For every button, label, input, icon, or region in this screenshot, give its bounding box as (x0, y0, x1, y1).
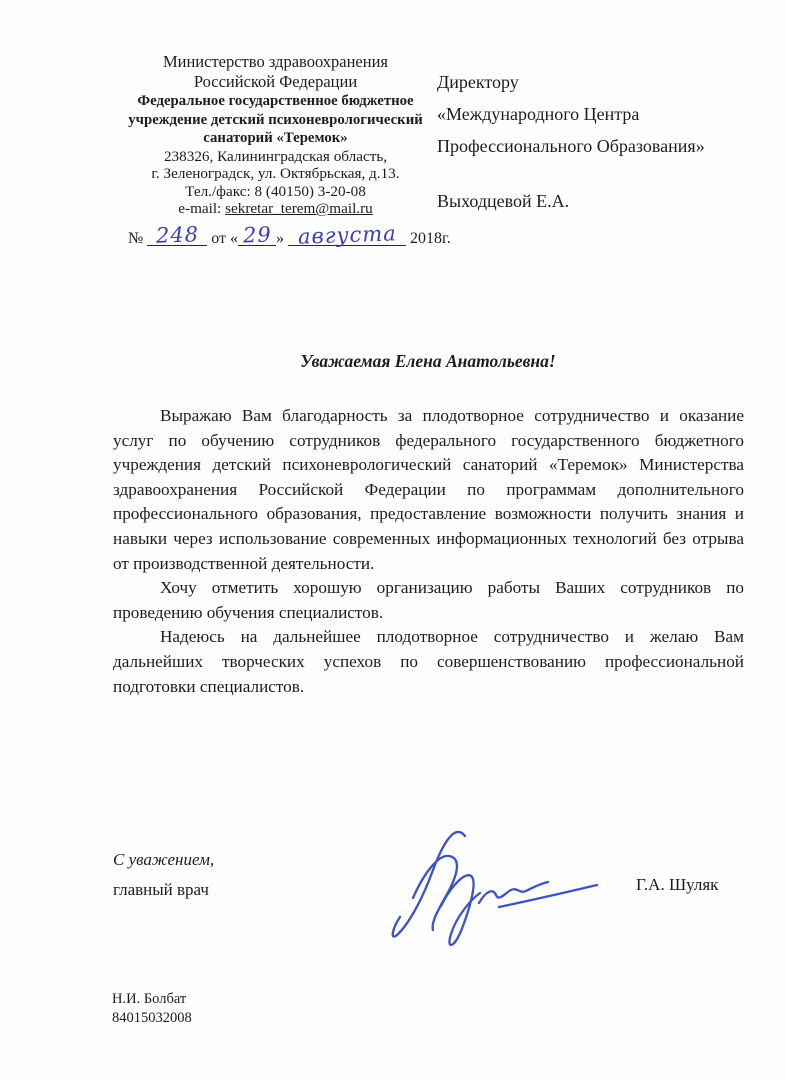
handwritten-day: 29 (242, 223, 272, 248)
body-paragraph-3: Надеюсь на дальнейшее плодотворное сотру… (113, 625, 744, 699)
ministry-line-1: Министерство здравоохранения (103, 52, 448, 72)
postal-address-line-2: г. Зеленоградск, ул. Октябрьская, д.13. (103, 165, 448, 183)
addressee-org-line-1: «Международного Центра (437, 98, 737, 130)
body-paragraph-1: Выражаю Вам благодарность за плодотворно… (113, 404, 744, 576)
signer-name: Г.А. Шуляк (636, 875, 718, 895)
addressee-org-line-2: Профессионального Образования» (437, 130, 737, 162)
email-line: e-mail: sekretar_terem@mail.ru (103, 200, 448, 218)
ref-day-blank: 29 (238, 224, 276, 246)
signer-title: главный врач (113, 875, 214, 905)
phone-fax-line: Тел./факс: 8 (40150) 3-20-08 (103, 183, 448, 201)
addressee-block: Директору «Международного Центра Професс… (437, 66, 737, 217)
email-label: e-mail: (178, 200, 225, 217)
closing-block: С уважением, главный врач (113, 845, 214, 905)
letterhead: Министерство здравоохранения Российской … (103, 52, 448, 218)
salutation: Уважаемая Елена Анатольевна! (113, 351, 743, 372)
postal-address-line-1: 238326, Калининградская область, (103, 148, 448, 166)
reference-number-line: № 248 от «29» августа 2018г. (128, 224, 458, 248)
organization-line-3: санаторий «Теремок» (103, 129, 448, 148)
closing-respect: С уважением, (113, 845, 214, 875)
email-address: sekretar_terem@mail.ru (225, 200, 373, 217)
handwritten-month: августа (297, 221, 397, 248)
ministry-line-2: Российской Федерации (103, 72, 448, 92)
executor-phone: 84015032008 (112, 1009, 192, 1028)
addressee-name: Выходцевой Е.А. (437, 185, 737, 217)
ref-number-prefix: № (128, 230, 143, 247)
addressee-title: Директору (437, 66, 737, 98)
organization-line-2: учреждение детский психоневрологический (103, 111, 448, 130)
ref-quote-close: » (276, 230, 284, 247)
ref-from-label: от « (211, 230, 238, 247)
letter-body: Выражаю Вам благодарность за плодотворно… (113, 404, 744, 699)
executor-block: Н.И. Болбат 84015032008 (112, 990, 192, 1028)
ref-year: 2018г. (410, 230, 451, 247)
scanned-letter-page: Министерство здравоохранения Российской … (0, 0, 786, 1080)
ref-month-blank: августа (288, 224, 406, 246)
body-paragraph-2: Хочу отметить хорошую организацию работы… (113, 576, 744, 625)
handwritten-ref-number: 248 (155, 222, 199, 247)
organization-line-1: Федеральное государственное бюджетное (103, 92, 448, 111)
ref-number-blank: 248 (147, 224, 207, 246)
executor-name: Н.И. Болбат (112, 990, 192, 1009)
handwritten-signature-icon (383, 822, 607, 966)
